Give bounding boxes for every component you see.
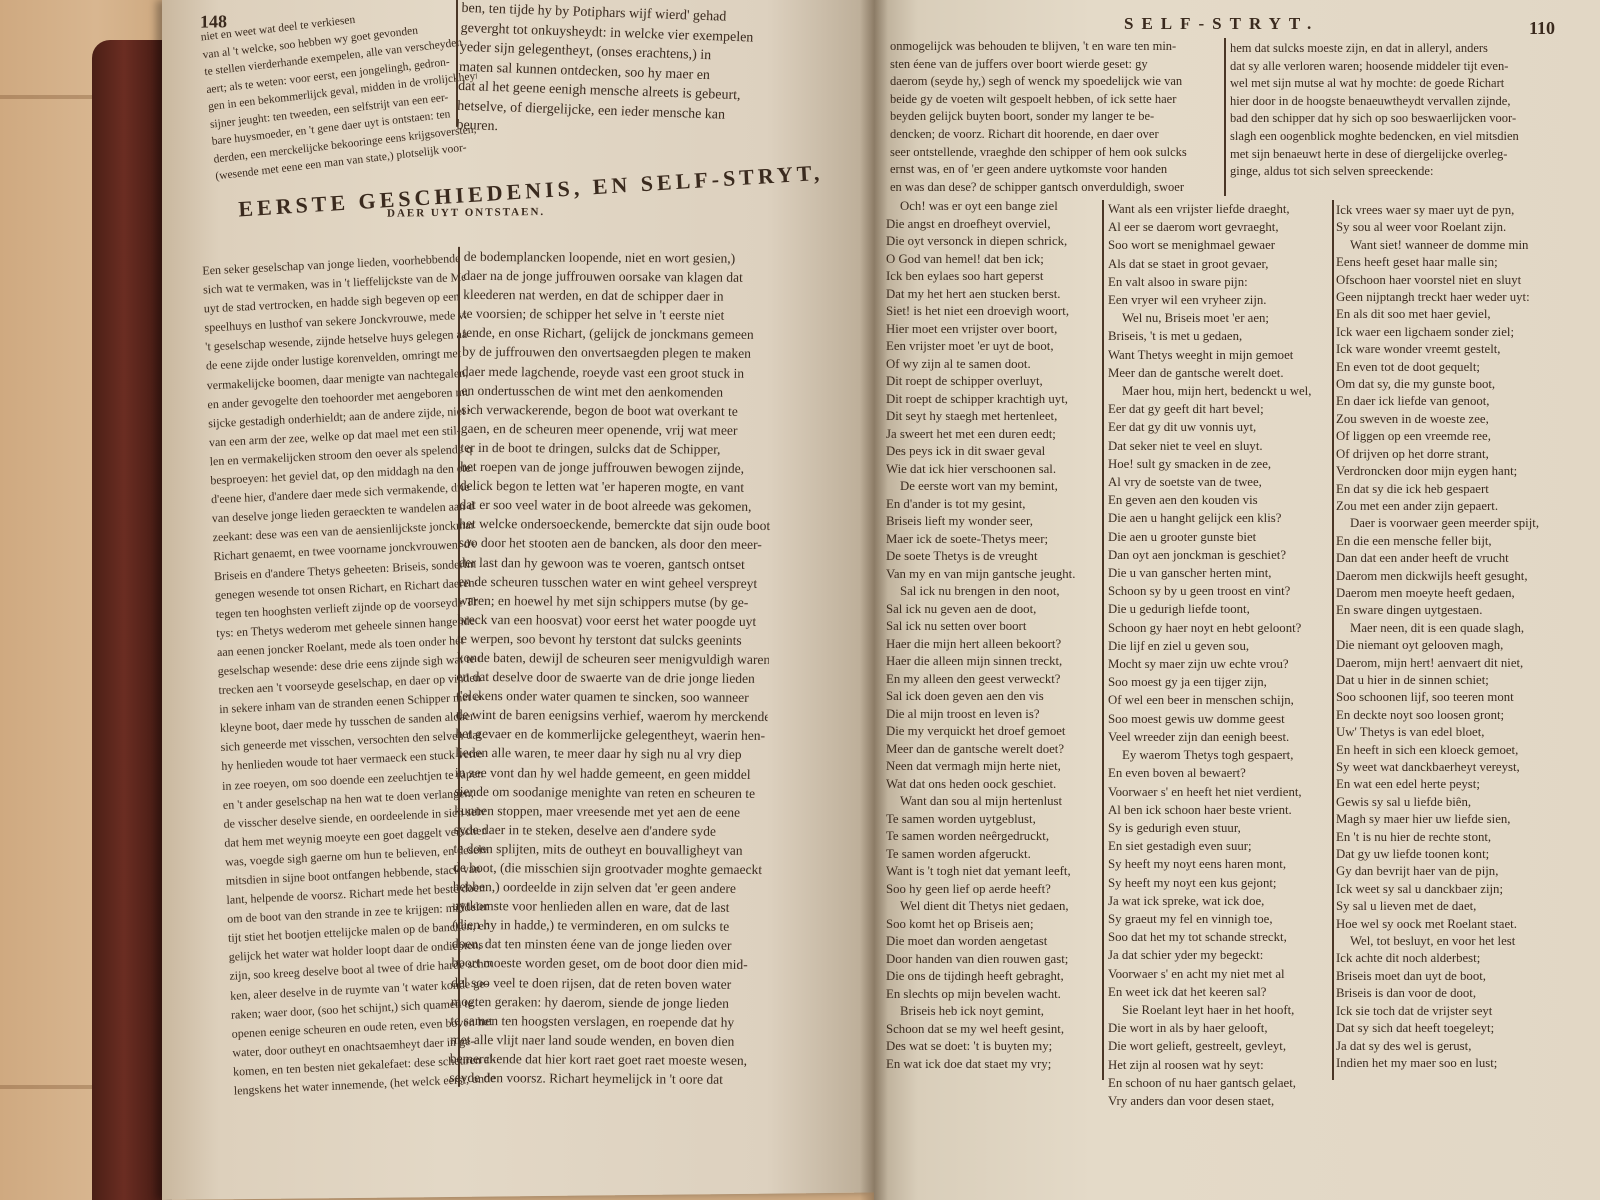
intro-column-2: ben, ten tijde hy by Potiphars wijf wier… bbox=[456, 0, 772, 146]
text-line: dencken; de voorz. Richart dit hoorende,… bbox=[890, 126, 1220, 144]
text-line: Maer hou, mijn hert, bedenckt u wel, bbox=[1108, 382, 1336, 400]
text-line: siende om soodanige menighte van reten e… bbox=[454, 781, 766, 802]
text-line: kunnen stoppen, maer vreesende met yet a… bbox=[454, 801, 766, 822]
text-line: Briseis heb ick noyt gemint, bbox=[886, 1003, 1106, 1021]
text-line: Te samen worden neêrgedruckt, bbox=[886, 828, 1106, 846]
text-line: Wel dient dit Thetys niet gedaen, bbox=[886, 898, 1106, 916]
text-line: doen, dat ten minsten éene van de jonge … bbox=[452, 934, 764, 955]
text-line: Soo schoonen lijf, soo teeren mont bbox=[1336, 689, 1576, 706]
text-line: En my alleen den geest verweckt? bbox=[886, 671, 1106, 689]
text-line: Meer dan de gantsche werelt doet? bbox=[886, 741, 1106, 759]
text-line: mogten geraken: hy daerom, siende de jon… bbox=[451, 992, 763, 1013]
text-line: Soo wort se menighmael gewaer bbox=[1108, 236, 1336, 254]
text-line: Gy dan bevrijt haer van de pijn, bbox=[1336, 863, 1576, 880]
text-line: Dat sy sich dat heeft toegeleyt; bbox=[1336, 1020, 1576, 1037]
text-line: Dan oyt aen jonckman is geschiet? bbox=[1108, 546, 1336, 564]
text-line: Zou sweven in de woeste zee, bbox=[1336, 411, 1576, 428]
text-line: Of drijven op het dorre strant, bbox=[1336, 446, 1576, 463]
text-line: het welcke ondersoeckende, bemerckte dat… bbox=[459, 514, 771, 535]
text-line: Die moet dan worden aengetast bbox=[886, 933, 1106, 951]
text-line: daerom (seyde hy,) segh of wenck my spoe… bbox=[890, 73, 1220, 91]
text-line: De eerste wort van my bemint, bbox=[886, 478, 1106, 496]
text-line: seer ontstellende, vraeghde den schipper… bbox=[890, 144, 1220, 162]
text-line: O God van hemel! dat ben ick; bbox=[886, 251, 1106, 269]
text-line: ter in de boot te dringen, sulcks dat de… bbox=[460, 438, 772, 459]
text-line: En daer ick liefde van genoot, bbox=[1336, 393, 1576, 410]
body-column-2: de bodemplancken loopende, niet en wort … bbox=[449, 247, 776, 1089]
text-line: in zee vont dan hy wel hadde gemeent, en… bbox=[455, 762, 767, 783]
text-line: Die u gedurigh liefde toont, bbox=[1108, 600, 1336, 618]
text-line: te doen splijten, mits de outheyt en bou… bbox=[453, 839, 765, 860]
text-line: En die een mensche feller bijt, bbox=[1336, 533, 1576, 550]
text-line: En heeft in sich een kloeck gemoet, bbox=[1336, 742, 1576, 759]
text-line: Of wel een beer in menschen schijn, bbox=[1108, 691, 1336, 709]
text-line: Neen dat vermagh mijn herte niet, bbox=[886, 758, 1106, 776]
text-line: der last dan hy gewoon was te voeren, ga… bbox=[458, 552, 770, 573]
text-line: Dat gy uw liefde toonen kont; bbox=[1336, 846, 1576, 863]
text-line: Ick waer een ligchaem sonder ziel; bbox=[1336, 324, 1576, 341]
text-line: Sal ick nu geven aen de doot, bbox=[886, 601, 1106, 619]
text-line: hebben,) oordeelde in zijn selven dat 'e… bbox=[453, 877, 765, 898]
text-line: uytkomste voor henlieden allen en ware, … bbox=[452, 896, 764, 917]
text-line: Daerom men dickwijls heeft gesught, bbox=[1336, 568, 1576, 585]
text-line: Sy weet wat danckbaerheyt vereyst, bbox=[1336, 759, 1576, 776]
text-line: Haer die mijn hert alleen bekoort? bbox=[886, 636, 1106, 654]
text-line: Een vryer wil een vryheer zijn. bbox=[1108, 291, 1336, 309]
prose-column-1: onmogelijck was behouden te blijven, 't … bbox=[890, 38, 1220, 196]
text-line: Eer dat gy geeft dit hart bevel; bbox=[1108, 400, 1336, 418]
text-line: Dit seyt hy staegh met hertenleet, bbox=[886, 408, 1106, 426]
text-line: Die aen u hanght gelijck een klis? bbox=[1108, 509, 1336, 527]
text-line: Briseis, 't is met u gedaen, bbox=[1108, 327, 1336, 345]
text-line: En weet ick dat het keeren sal? bbox=[1108, 983, 1336, 1001]
text-line: Sie Roelant leyt haer in het hooft, bbox=[1108, 1001, 1336, 1019]
running-head: SELF-STRYT. bbox=[1124, 14, 1319, 34]
text-line: Soo moest gy ja een tijger zijn, bbox=[1108, 673, 1336, 691]
text-line: Sal ick nu setten over boort bbox=[886, 618, 1106, 636]
text-line: Die lijf en ziel u geven sou, bbox=[1108, 637, 1336, 655]
text-line: del soo veel te doen rijsen, dat de rete… bbox=[451, 972, 763, 993]
text-line: sten éene van de juffers over boort wier… bbox=[890, 56, 1220, 74]
text-line: delick begon te letten wat 'er haperen m… bbox=[460, 476, 772, 497]
text-line: Schoon gy haer noyt en hebt geloont? bbox=[1108, 619, 1336, 637]
chapter-subheading: DAER UYT ONTSTAEN. bbox=[387, 206, 545, 220]
text-line: Sy sal u lieven met de daet, bbox=[1336, 898, 1576, 915]
text-line: Sal ick nu brengen in den noot, bbox=[886, 583, 1106, 601]
text-line: Die angst en droefheyt overviel, bbox=[886, 216, 1106, 234]
right-page: SELF-STRYT. 110 onmogelijck was behouden… bbox=[874, 0, 1600, 1200]
text-line: En wat een edel herte peyst; bbox=[1336, 776, 1576, 793]
text-line: met sijn benaeuwt herte in dese of dierg… bbox=[1230, 146, 1560, 164]
text-line: Als dat se staet in groot gevaer, bbox=[1108, 255, 1336, 273]
open-book: 148 niet en weet wat deel te verkiesenva… bbox=[92, 0, 1532, 1200]
text-line: Vry anders dan voor desen staet, bbox=[1108, 1092, 1336, 1110]
left-page: 148 niet en weet wat deel te verkiesenva… bbox=[162, 0, 874, 1200]
text-line: en ondertusschen de wint met den aenkome… bbox=[461, 380, 773, 401]
text-line: Die aen u grooter gunste biet bbox=[1108, 528, 1336, 546]
text-line: Soo komt het op Briseis aen; bbox=[886, 916, 1106, 934]
text-line: Sal ick doen geven aen den vis bbox=[886, 688, 1106, 706]
text-line: Ick achte dit noch alderbest; bbox=[1336, 950, 1576, 967]
text-line: En sware dingen uytgestaen. bbox=[1336, 602, 1576, 619]
text-line: Die al mijn troost en leven is? bbox=[886, 706, 1106, 724]
text-line: syde daer in te steken, deselve aen d'an… bbox=[454, 820, 766, 841]
verse-column-2: Want als een vrijster liefde draeght,Al … bbox=[1108, 200, 1336, 1110]
page-number-right: 110 bbox=[1529, 18, 1555, 39]
text-line: Ick weet sy sal u danckbaer zijn; bbox=[1336, 881, 1576, 898]
text-line: dat sy alle verloren waren; hoosende mid… bbox=[1230, 58, 1560, 76]
text-line: En valt alsoo in sware pijn: bbox=[1108, 273, 1336, 291]
text-line: gaen, en de scheuren meer openende, vrij… bbox=[461, 419, 773, 440]
text-line: Eens heeft geset haar malle sin; bbox=[1336, 254, 1576, 271]
text-line: Uw' Thetys is van edel bloet, bbox=[1336, 724, 1576, 741]
text-line: Briseis moet dan uyt de boot, bbox=[1336, 968, 1576, 985]
text-line: Sy heeft my noyt eens haren mont, bbox=[1108, 855, 1336, 873]
text-line: Hoe! sult gy smacken in de zee, bbox=[1108, 455, 1336, 473]
text-line: Och! was er oyt een bange ziel bbox=[886, 198, 1106, 216]
book-gutter bbox=[860, 0, 888, 1200]
text-line: En dat sy die ick heb gespaert bbox=[1336, 481, 1576, 498]
text-line: Want Thetys weeght in mijn gemoet bbox=[1108, 346, 1336, 364]
text-line: Al eer se daerom wort gevraeght, bbox=[1108, 218, 1336, 236]
text-line: Ja dat schier yder my begeckt: bbox=[1108, 946, 1336, 964]
text-line: Ick sie toch dat de vrijster seyt bbox=[1336, 1003, 1576, 1020]
text-line: Dat my het hert aen stucken berst. bbox=[886, 286, 1106, 304]
text-line: Hoe wel sy oock met Roelant staet. bbox=[1336, 916, 1576, 933]
text-line: Die niemant oyt gelooven magh, bbox=[1336, 637, 1576, 654]
text-line: Dit roept de schipper krachtigh uyt, bbox=[886, 391, 1106, 409]
text-line: En als dit soo met haer geviel, bbox=[1336, 306, 1576, 323]
text-line: de bodemplancken loopende, niet en wort … bbox=[464, 247, 776, 268]
text-line: de wint de baren eenigsins verhief, waer… bbox=[456, 705, 768, 726]
text-line: Soo moest gewis uw domme geest bbox=[1108, 710, 1336, 728]
text-line: Die ons de tijdingh heeft gebraght, bbox=[886, 968, 1106, 986]
text-line: Door handen van dien rouwen gast; bbox=[886, 951, 1106, 969]
text-line: het gevaer en de kommerlijcke gelegenthe… bbox=[455, 724, 767, 745]
text-line: Het zijn al roosen wat hy seyt: bbox=[1108, 1056, 1336, 1074]
text-line: daer mede lagchende, roeyde vast een gro… bbox=[462, 361, 774, 382]
text-line: En even boven al bewaert? bbox=[1108, 764, 1336, 782]
text-line: Dan dat een ander heeft de vrucht bbox=[1336, 550, 1576, 567]
text-line: slagh een oogenblick moghte bedencken, e… bbox=[1230, 128, 1560, 146]
prose-column-2: hem dat sulcks moeste zijn, en dat in al… bbox=[1230, 40, 1560, 181]
text-line: Wel, tot besluyt, en voor het lest bbox=[1336, 933, 1576, 950]
text-line: boort moeste worden geset, om de boot do… bbox=[451, 953, 763, 974]
text-line: Dit roept de schipper overluyt, bbox=[886, 373, 1106, 391]
text-line: Wel nu, Briseis moet 'er aen; bbox=[1108, 309, 1336, 327]
text-line: Ick ben eylaes soo hart geperst bbox=[886, 268, 1106, 286]
text-line: Schoon dat se my wel heeft gesint, bbox=[886, 1021, 1106, 1039]
verse-column-3: Ick vrees waer sy maer uyt de pyn,Sy sou… bbox=[1336, 202, 1576, 1072]
text-line: En wat ick doe dat staet my vry; bbox=[886, 1056, 1106, 1074]
text-line: Soo hy geen lief op aerde heeft? bbox=[886, 881, 1106, 899]
text-line: konde baten, dewijl de scheuren seer men… bbox=[457, 648, 769, 669]
text-line: Of liggen op een vreemde ree, bbox=[1336, 428, 1576, 445]
text-line: en was dan dese? de schipper gantsch onv… bbox=[890, 179, 1220, 197]
text-line: Wie dat ick hier verschoonen sal. bbox=[886, 461, 1106, 479]
text-line: Ja sweert het met een duren eedt; bbox=[886, 426, 1106, 444]
text-line: Al ben ick schoon haer beste vrient. bbox=[1108, 801, 1336, 819]
text-line: Te samen worden afgeruckt. bbox=[886, 846, 1106, 864]
text-line: Want als een vrijster liefde draeght, bbox=[1108, 200, 1336, 218]
text-line: Wat dat ons heden oock geschiet. bbox=[886, 776, 1106, 794]
text-line: Sy is gedurigh even stuur, bbox=[1108, 819, 1336, 837]
text-line: met alle vlijt naer land soude wenden, e… bbox=[450, 1030, 762, 1051]
text-line: Maer ick de soete-Thetys meer; bbox=[886, 531, 1106, 549]
text-line: Om dat sy, die my gunste boot, bbox=[1336, 376, 1576, 393]
text-line: Want is 't togh niet dat yemant leeft, bbox=[886, 863, 1106, 881]
text-line: Sy heeft my noyt een kus gejont; bbox=[1108, 874, 1336, 892]
text-line: Die wort gelieft, gestreelt, gevleyt, bbox=[1108, 1037, 1336, 1055]
text-line: Te samen worden uytgeblust, bbox=[886, 811, 1106, 829]
text-line: Die oyt versonck in diepen schrick, bbox=[886, 233, 1106, 251]
text-line: Ick vrees waer sy maer uyt de pyn, bbox=[1336, 202, 1576, 219]
text-line: Ofschoon haer voorstel niet en sluyt bbox=[1336, 272, 1576, 289]
text-line: Veel wreeder zijn dan eenigh beest. bbox=[1108, 728, 1336, 746]
text-line: Haer die alleen mijn sinnen treckt, bbox=[886, 653, 1106, 671]
text-line: te samen ten hoogsten verslagen, en roep… bbox=[450, 1011, 762, 1032]
column-rule bbox=[1332, 200, 1334, 1080]
text-line: hem dat sulcks moeste zijn, en dat in al… bbox=[1230, 40, 1560, 58]
text-line: Die my verquickt het droef gemoet bbox=[886, 723, 1106, 741]
text-line: Gewis sy sal u liefde biên, bbox=[1336, 794, 1576, 811]
text-line: Daerom men moeyte heeft gedaen, bbox=[1336, 585, 1576, 602]
text-line: t'elckens onder water quamen te sincken,… bbox=[456, 686, 768, 707]
verse-column-1: Och! was er oyt een bange zielDie angst … bbox=[886, 198, 1106, 1073]
text-line: Magh sy maer hier uw liefde sien, bbox=[1336, 811, 1576, 828]
text-line: Meer dan de gantsche werelt doet. bbox=[1108, 364, 1336, 382]
text-line: bemerckende dat hier kort raet goet raet… bbox=[450, 1049, 762, 1070]
text-line: Dat seker niet te veel en sluyt. bbox=[1108, 437, 1336, 455]
text-line: Een vrijster moet 'er uyt de boot, bbox=[886, 338, 1106, 356]
text-line: Van my en van mijn gantsche jeught. bbox=[886, 566, 1106, 584]
text-line: ernst was, en of 'er geen andere uytkoms… bbox=[890, 161, 1220, 179]
text-line: Ja wat ick spreke, wat ick doe, bbox=[1108, 892, 1336, 910]
text-line: Soo dat het my tot schande streckt, bbox=[1108, 928, 1336, 946]
text-line: Voorwaer s' en acht my niet met al bbox=[1108, 965, 1336, 983]
text-line: dat er soo veel water in de boot alreede… bbox=[459, 495, 771, 516]
text-line: te werpen, soo bevont hy terstont dat su… bbox=[457, 629, 769, 650]
text-line: Briseis lieft my wonder seer, bbox=[886, 513, 1106, 531]
text-line: het roepen van de jonge juffrouwen bewog… bbox=[460, 457, 772, 478]
text-line: En deckte noyt soo loosen gront; bbox=[1336, 707, 1576, 724]
text-line: Ick ware wonder vreemt gestelt, bbox=[1336, 341, 1576, 358]
text-line: en de scheuren tusschen water en wint ge… bbox=[458, 571, 770, 592]
text-line: Want siet! wanneer de domme min bbox=[1336, 237, 1576, 254]
text-line: Zou met een ander zijn gepaert. bbox=[1336, 498, 1576, 515]
text-line: Al vry de soetste van de twee, bbox=[1108, 473, 1336, 491]
text-line: de boot, (die misschien sijn grootvader … bbox=[453, 858, 765, 879]
text-line: Briseis is dan voor de doot, bbox=[1336, 985, 1576, 1002]
column-rule bbox=[1102, 200, 1104, 1080]
text-line: daer na de jonge juffrouwen oorsake van … bbox=[463, 266, 775, 287]
text-line: Ey waerom Thetys togh gespaert, bbox=[1108, 746, 1336, 764]
text-line: En d'ander is tot my gesint, bbox=[886, 496, 1106, 514]
text-line: seyde den voorsz. Richart heymelijck in … bbox=[449, 1068, 761, 1089]
text-line: by de juffrouwen den onvertsaegden plege… bbox=[462, 342, 774, 363]
text-line: Mocht sy maer zijn uw echte vrou? bbox=[1108, 655, 1336, 673]
text-line: Daerom, mijn hert! aenvaert dit niet, bbox=[1336, 655, 1576, 672]
text-line: en dat deselve door de swaerte van de dr… bbox=[456, 667, 768, 688]
text-line: Maer neen, dit is een quade slagh, bbox=[1336, 620, 1576, 637]
text-line: De soete Thetys is de vreught bbox=[886, 548, 1106, 566]
text-line: Sy sou al weer voor Roelant zijn. bbox=[1336, 219, 1576, 236]
text-line: Die wort in als by haer gelooft, bbox=[1108, 1019, 1336, 1037]
text-line: beyden gelijck buyten boort, sonder my l… bbox=[890, 108, 1220, 126]
text-line: Verdroncken door mijn eygen hant; bbox=[1336, 463, 1576, 480]
text-line: breck van een hoosvat) voor eerst het wa… bbox=[457, 610, 769, 631]
text-line: Eer dat gy dit uw vonnis uyt, bbox=[1108, 418, 1336, 436]
text-line: En 't is nu hier de rechte stont, bbox=[1336, 829, 1576, 846]
text-line: lieden alle waren, te meer daar hy sigh … bbox=[455, 743, 767, 764]
text-line: Indien het my maer soo en lust; bbox=[1336, 1055, 1576, 1072]
text-line: Hier moet een vrijster over boort, bbox=[886, 321, 1106, 339]
text-line: tende, en onse Richart, (gelijck de jonc… bbox=[462, 323, 774, 344]
text-line: En slechts op mijn bevelen wacht. bbox=[886, 986, 1106, 1004]
text-line: En geven aen den kouden vis bbox=[1108, 491, 1336, 509]
text-line: En even tot de doot gequelt; bbox=[1336, 359, 1576, 376]
text-line: En siet gestadigh even suur; bbox=[1108, 837, 1336, 855]
column-rule bbox=[1224, 38, 1226, 196]
text-line: Geen nijptangh treckt haer weder uyt: bbox=[1336, 289, 1576, 306]
intro-column-1: niet en weet wat deel te verkiesenvan al… bbox=[200, 0, 485, 186]
text-line: Schoon sy by u geen troost en vint? bbox=[1108, 582, 1336, 600]
text-line: (dien hy in hadde,) te verminderen, en o… bbox=[452, 915, 764, 936]
text-line: Siet! is het niet een droevigh woort, bbox=[886, 303, 1106, 321]
text-line: Daer is voorwaer geen meerder spijt, bbox=[1336, 515, 1576, 532]
text-line: Ja dat sy des wel is gerust, bbox=[1336, 1038, 1576, 1055]
text-line: kleederen nat werden, en dat de schipper… bbox=[463, 285, 775, 306]
text-line: beide gy de voeten wilt gespoelt hebben,… bbox=[890, 91, 1220, 109]
text-line: onmogelijck was behouden te blijven, 't … bbox=[890, 38, 1220, 56]
book-cover bbox=[92, 40, 172, 1200]
text-line: te voorsien; de schipper het selve in 't… bbox=[463, 304, 775, 325]
text-line: Des peys ick in dit swaer geval bbox=[886, 443, 1106, 461]
text-line: Of wy zijn al te samen doot. bbox=[886, 356, 1106, 374]
text-line: Dat u hier in de sinnen schiet; bbox=[1336, 672, 1576, 689]
text-line: Want dan sou al mijn hertenlust bbox=[886, 793, 1106, 811]
text-line: soo door het stooten aen de bancken, als… bbox=[459, 533, 771, 554]
text-line: bad den schipper dat hy sich op soo besw… bbox=[1230, 110, 1560, 128]
text-line: hier door in de hoogste benaeuwtheydt ve… bbox=[1230, 93, 1560, 111]
text-line: sich verwackerende, begon de boot wat ov… bbox=[461, 400, 773, 421]
text-line: En schoon of nu haer gantsch gelaet, bbox=[1108, 1074, 1336, 1092]
text-line: Des wat se doet: 't is buyten my; bbox=[886, 1038, 1106, 1056]
text-line: Die u van ganscher herten mint, bbox=[1108, 564, 1336, 582]
text-line: ginge, aldus tot sich selven spreeckende… bbox=[1230, 163, 1560, 181]
text-line: Voorwaer s' en heeft het niet verdient, bbox=[1108, 783, 1336, 801]
text-line: wel met sijn mutse al wat hy mochte: de … bbox=[1230, 75, 1560, 93]
text-line: Sy graeut my fel en vinnigh toe, bbox=[1108, 910, 1336, 928]
text-line: waren; en hoewel hy met sijn schippers m… bbox=[458, 591, 770, 612]
